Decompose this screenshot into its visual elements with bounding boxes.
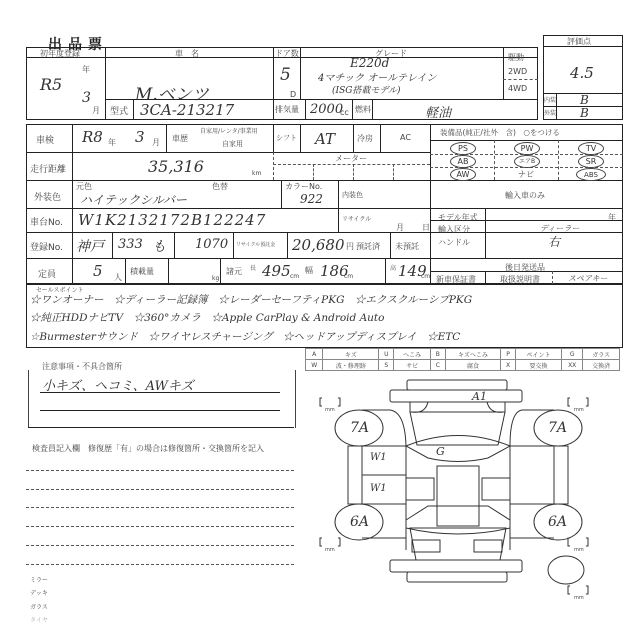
grade-line1: E220d: [350, 56, 389, 70]
mark-left-rear-door: W1: [370, 483, 387, 494]
equip-aw: AW: [450, 168, 476, 181]
mark-front-bumper: A1: [472, 390, 487, 403]
capacity-unit: 人: [114, 272, 122, 283]
recycle-fee-label: リサイクル預託金: [236, 241, 275, 248]
dimensions-label: 諸元: [226, 266, 242, 277]
equip-tv: TV: [578, 142, 604, 155]
mm-label-fl: mm: [325, 407, 335, 413]
grade-line3: (ISG搭載モデル): [332, 83, 400, 96]
plate-class: 333: [118, 237, 143, 252]
import-type-label: 輸入区分: [438, 224, 470, 235]
height-unit: cm: [421, 273, 430, 280]
mm-label-fr: mm: [574, 407, 584, 413]
drive-4wd: 4WD: [508, 84, 527, 93]
score-value: 4.5: [570, 64, 594, 82]
equip-navi: ナビ: [518, 169, 534, 180]
model-label: 型式: [110, 104, 128, 117]
legend-cell: ペイント: [515, 349, 561, 360]
legend-cell: ガラス: [583, 349, 620, 360]
legend-cell: 要交換: [515, 360, 561, 371]
doors-unit: D: [290, 90, 296, 99]
mark-left-front-door: W1: [370, 452, 387, 463]
import-title: 輸入車のみ: [505, 190, 545, 201]
inspector-label: 検査員記入欄 修復歴「有」の場合は修復箇所・交換箇所を記入: [32, 443, 264, 454]
legend-cell: キズへこみ: [445, 349, 501, 360]
inspection-month-unit: 月: [152, 137, 160, 148]
shift-label: シフト: [276, 133, 297, 143]
height-label: 高: [390, 263, 396, 272]
sales-point-line-3: ☆Burmesterサウンド ☆ワイヤレスチャージング ☆ヘッドアップディスプレ…: [30, 329, 460, 344]
plate-number: 1070: [195, 237, 228, 252]
capacity-value: 5: [93, 262, 103, 280]
mark-tire-rl: 6A: [350, 514, 369, 530]
inspection-label: 車検: [36, 133, 54, 146]
sales-point-line-2: ☆純正HDDナビTV ☆360°カメラ ☆Apple CarPlay & And…: [30, 310, 384, 325]
recycle-yen: 円: [346, 241, 354, 252]
inspection-month: 3: [135, 128, 145, 146]
plate-label: 登録No.: [30, 240, 63, 253]
body-label: 車歴: [172, 133, 188, 144]
ac-label: 冷房: [357, 133, 373, 144]
first-reg-label: 初年度登録: [40, 48, 80, 59]
car-damage-diagram: [300, 370, 640, 640]
displacement-unit: cc: [340, 108, 349, 117]
grade-line2: 4マチック オールテレイン: [318, 69, 436, 84]
equip-ps: PS: [450, 142, 476, 155]
legend-cell: X: [501, 360, 516, 371]
car-name-label: 車 名: [175, 48, 199, 59]
plate-area: 神戸: [76, 236, 104, 256]
recycle-unpaid: 未預託: [395, 241, 419, 252]
displacement-value: 2000: [310, 102, 343, 117]
length-unit: cm: [290, 273, 299, 280]
color-label: 外装色: [34, 190, 61, 203]
legend-cell: W: [306, 360, 323, 371]
legend-cell: 交換済: [583, 360, 620, 371]
body-sub2: 自家用: [222, 139, 243, 149]
recycle-month: 月: [396, 222, 404, 233]
model-year-unit: 年: [608, 212, 616, 223]
interior-label: 内装: [544, 95, 556, 104]
drive-label: 駆動: [508, 52, 524, 63]
plate-kana: も: [152, 236, 166, 256]
recycle-day: 日: [422, 222, 430, 233]
equip-air-b: エアB: [514, 155, 540, 168]
load-label: 積載量: [130, 266, 154, 277]
legend-cell: へこみ: [394, 349, 431, 360]
chassis-label: 車台No.: [30, 215, 63, 228]
mileage-unit: km: [252, 170, 261, 177]
month-unit: 月: [92, 105, 100, 116]
interior-grade: B: [580, 93, 589, 107]
legend-cell: C: [430, 360, 445, 371]
load-unit: kg: [212, 275, 219, 282]
mark-tire-fl: 7A: [350, 420, 369, 436]
row-label-deck: デッキ: [30, 588, 48, 597]
color-change-label: 色替: [212, 181, 228, 192]
legend-cell: XX: [562, 360, 583, 371]
exterior-label: 外装: [544, 108, 556, 117]
doors-value: 5: [280, 65, 291, 85]
legend-cell: P: [501, 349, 516, 360]
mm-label-spare: mm: [574, 595, 584, 601]
width-label: 幅: [305, 265, 313, 276]
capacity-label: 定員: [38, 267, 56, 280]
spare-key: スペアキー: [568, 273, 608, 284]
ac-value: AC: [400, 133, 411, 142]
mileage-label: 走行距離: [30, 162, 66, 175]
row-label-mirror: ミラー: [30, 575, 48, 584]
exterior-grade: B: [580, 106, 589, 120]
handle-value: 右: [548, 233, 560, 250]
sales-point-line-1: ☆ワンオーナー ☆ディーラー記録簿 ☆レーダーセーフティPKG ☆エクスクルーシ…: [30, 292, 472, 307]
color-no: 922: [300, 192, 323, 206]
equipment-title: 装備品(純正/社外 含) ○をつける: [440, 127, 560, 138]
recycle-fee: 20,680: [292, 236, 345, 254]
equip-ab: AB: [450, 155, 476, 168]
drive-2wd: 2WD: [508, 67, 527, 76]
recycle-paid: 預託済: [356, 241, 380, 252]
fuel-value: 軽油: [425, 102, 451, 121]
legend-cell: B: [430, 349, 445, 360]
equip-sr: SR: [578, 155, 604, 168]
year-unit: 年: [82, 64, 90, 75]
recycle-date-label: リサイクル: [342, 214, 371, 223]
chassis-value: W1K2132172B122247: [78, 211, 266, 229]
length-label: 長: [250, 263, 256, 272]
first-reg-value: R5: [40, 75, 62, 94]
meter-label: メーター: [335, 153, 367, 164]
inspection-year-unit: 年: [108, 137, 116, 148]
shift-value: AT: [315, 130, 335, 148]
mark-tire-fr: 7A: [548, 420, 567, 436]
fuel-label: 燃料: [355, 104, 371, 115]
first-reg-month: 3: [82, 90, 91, 106]
legend-cell: G: [562, 349, 583, 360]
body-sub1: 自家用/レンタ/事業用: [200, 126, 258, 135]
mm-label-rr: mm: [574, 547, 584, 553]
color-no-label: カラーNo.: [285, 181, 322, 192]
handle-label: ハンドル: [438, 237, 470, 248]
equip-abs: ABS: [576, 168, 606, 181]
legend-cell: サビ: [394, 360, 431, 371]
mark-windshield: G: [436, 445, 445, 458]
interior-color-label: 内装色: [342, 190, 363, 200]
legend-cell: S: [379, 360, 394, 371]
legend-cell: U: [379, 349, 394, 360]
legend-cell: キズ: [323, 349, 379, 360]
doors-label: ドア数: [275, 48, 299, 59]
equip-pw: PW: [514, 142, 540, 155]
legend-cell: A: [306, 349, 323, 360]
width-unit: cm: [344, 273, 353, 280]
score-label: 評価点: [567, 36, 591, 47]
row-label-glass: ガラス: [30, 602, 48, 611]
legend-cell: 波・修理跡: [323, 360, 379, 371]
model-year-label: モデル年式: [438, 212, 478, 223]
model-code: 3CA-213217: [140, 101, 234, 119]
damage-legend: Aキズ Uへこみ Bキズへこみ Pペイント Gガラス W波・修理跡 Sサビ C腐…: [305, 348, 620, 371]
mileage-value: 35,316: [148, 157, 204, 176]
mm-label-rl: mm: [325, 547, 335, 553]
inspection-value: R8: [82, 128, 103, 146]
length-value: 495: [262, 262, 291, 280]
mark-tire-rr: 6A: [548, 514, 567, 530]
row-label-tire: タイヤ: [30, 615, 48, 624]
displacement-label: 排気量: [275, 104, 299, 115]
legend-cell: 腐食: [445, 360, 501, 371]
color-value: ハイテックシルバー: [80, 191, 187, 208]
